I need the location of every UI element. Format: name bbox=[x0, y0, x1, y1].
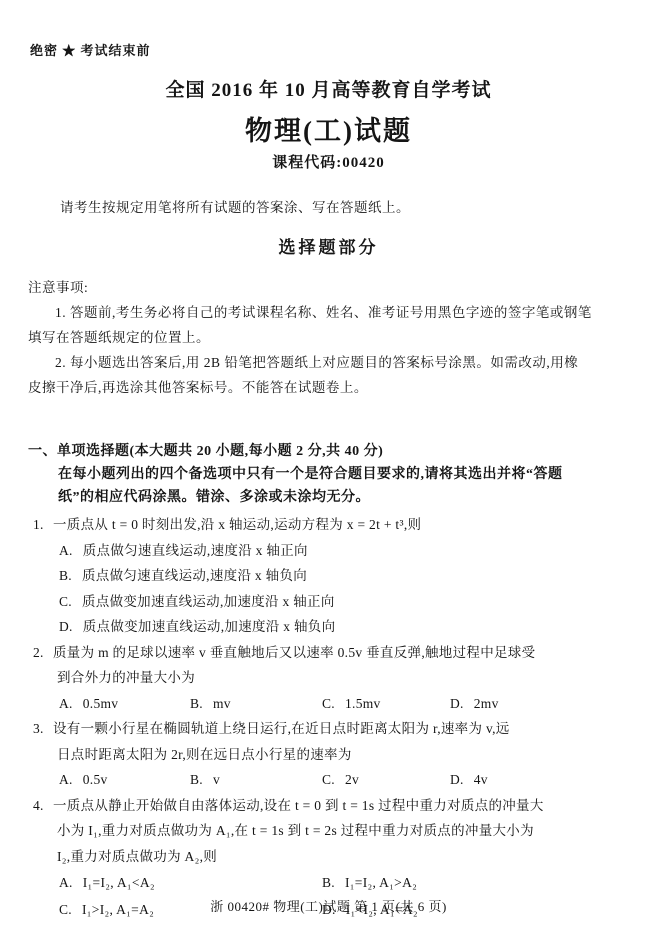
option-a-text: 质点做匀速直线运动,速度沿 x 轴正向 bbox=[83, 543, 308, 558]
question-2-options: A.0.5mv B.mv C.1.5mv D.2mv bbox=[59, 691, 657, 717]
exam-paper-page: 绝密 ★ 考试结束前 全国 2016 年 10 月高等教育自学考试 物理(工)试… bbox=[0, 0, 657, 939]
question-2-option-c: C.1.5mv bbox=[322, 691, 450, 717]
option-a-label: A. bbox=[59, 875, 73, 890]
option-b-text: 质点做匀速直线运动,速度沿 x 轴负向 bbox=[82, 568, 307, 583]
option-d-label: D. bbox=[450, 772, 464, 787]
question-4-stem: 4.一质点从静止开始做自由落体运动,设在 t = 0 到 t = 1s 过程中重… bbox=[33, 793, 627, 819]
question-3-stem-line-1: 设有一颗小行星在椭圆轨道上绕日运行,在近日点时距离太阳为 r,速率为 v,远 bbox=[53, 721, 510, 736]
question-3-option-b: B.v bbox=[190, 767, 322, 793]
page-footer: 浙 00420# 物理(工)试题 第 1 页(共 6 页) bbox=[0, 896, 657, 915]
question-4-stem-line-2: 小为 I₁,重力对质点做功为 A₁,在 t = 1s 到 t = 2s 过程中重… bbox=[33, 818, 627, 844]
option-d-text: 质点做变加速直线运动,加速度沿 x 轴负向 bbox=[83, 619, 336, 634]
secrecy-banner: 绝密 ★ 考试结束前 bbox=[30, 0, 657, 59]
option-a-text: 0.5v bbox=[83, 772, 108, 787]
question-3-option-a: A.0.5v bbox=[59, 767, 190, 793]
question-2-stem-line-1: 质量为 m 的足球以速率 v 垂直触地后又以速率 0.5v 垂直反弹,触地过程中… bbox=[53, 645, 535, 660]
question-4-number: 4. bbox=[33, 793, 53, 819]
option-b-text: mv bbox=[213, 696, 231, 711]
option-a-label: A. bbox=[59, 772, 73, 787]
option-a-label: A. bbox=[59, 696, 73, 711]
question-3: 3.设有一颗小行星在椭圆轨道上绕日运行,在近日点时距离太阳为 r,速率为 v,远… bbox=[0, 716, 657, 793]
option-c-text: 1.5mv bbox=[345, 696, 381, 711]
option-b-text: I₁=I₂, A₁>A₂ bbox=[345, 875, 417, 890]
question-2-option-d: D.2mv bbox=[450, 691, 657, 717]
question-2-stem-line-2: 到合外力的冲量大小为 bbox=[33, 665, 627, 691]
question-3-option-d: D.4v bbox=[450, 767, 657, 793]
part-one-subline-2: 纸”的相应代码涂黑。错涂、多涂或未涂均无分。 bbox=[58, 486, 617, 509]
question-3-options: A.0.5v B.v C.2v D.4v bbox=[59, 767, 657, 793]
question-4-stem-line-3: I₂,重力对质点做功为 A₂,则 bbox=[33, 844, 627, 870]
question-1-option-d: D.质点做变加速直线运动,加速度沿 x 轴负向 bbox=[59, 614, 657, 640]
question-1-option-c: C.质点做变加速直线运动,加速度沿 x 轴正向 bbox=[59, 589, 657, 615]
option-c-label: C. bbox=[59, 594, 72, 609]
question-3-number: 3. bbox=[33, 716, 53, 742]
question-1-option-b: B.质点做匀速直线运动,速度沿 x 轴负向 bbox=[59, 563, 657, 589]
question-2: 2.质量为 m 的足球以速率 v 垂直触地后又以速率 0.5v 垂直反弹,触地过… bbox=[0, 640, 657, 717]
question-1-stem-line-1: 一质点从 t = 0 时刻出发,沿 x 轴运动,运动方程为 x = 2t + t… bbox=[53, 517, 421, 532]
option-a-text: I₁=I₂, A₁<A₂ bbox=[83, 875, 155, 890]
option-c-text: 2v bbox=[345, 772, 359, 787]
question-2-stem: 2.质量为 m 的足球以速率 v 垂直触地后又以速率 0.5v 垂直反弹,触地过… bbox=[33, 640, 627, 666]
option-a-label: A. bbox=[59, 543, 73, 558]
question-4-option-b: B.I₁=I₂, A₁>A₂ bbox=[322, 869, 657, 896]
exam-title: 全国 2016 年 10 月高等教育自学考试 bbox=[0, 75, 657, 102]
question-3-option-c: C.2v bbox=[322, 767, 450, 793]
option-d-label: D. bbox=[59, 619, 73, 634]
option-d-text: 4v bbox=[474, 772, 488, 787]
option-b-label: B. bbox=[190, 772, 203, 787]
question-4-stem-line-1: 一质点从静止开始做自由落体运动,设在 t = 0 到 t = 1s 过程中重力对… bbox=[53, 798, 544, 813]
question-4-options-row-1: A.I₁=I₂, A₁<A₂ B.I₁=I₂, A₁>A₂ bbox=[59, 869, 657, 896]
paper-title: 物理(工)试题 bbox=[0, 109, 657, 148]
option-d-label: D. bbox=[450, 696, 464, 711]
notice-line-3: 2. 每小题选出答案后,用 2B 铅笔把答题纸上对应题目的答案标号涂黑。如需改动… bbox=[55, 350, 629, 375]
option-a-text: 0.5mv bbox=[83, 696, 119, 711]
section-title-choice-part: 选择题部分 bbox=[0, 233, 657, 258]
course-code: 课程代码:00420 bbox=[0, 151, 657, 172]
question-1: 1.一质点从 t = 0 时刻出发,沿 x 轴运动,运动方程为 x = 2t +… bbox=[0, 512, 657, 640]
option-b-label: B. bbox=[190, 696, 203, 711]
question-2-number: 2. bbox=[33, 640, 53, 666]
option-d-text: 2mv bbox=[474, 696, 499, 711]
question-3-stem-line-2: 日点时距离太阳为 2r,则在远日点小行星的速率为 bbox=[33, 742, 627, 768]
option-c-text: 质点做变加速直线运动,加速度沿 x 轴正向 bbox=[82, 594, 335, 609]
option-c-label: C. bbox=[322, 696, 335, 711]
question-2-option-b: B.mv bbox=[190, 691, 322, 717]
notice-line-2: 填写在答题纸规定的位置上。 bbox=[28, 325, 629, 350]
question-2-option-a: A.0.5mv bbox=[59, 691, 190, 717]
question-1-stem: 1.一质点从 t = 0 时刻出发,沿 x 轴运动,运动方程为 x = 2t +… bbox=[33, 512, 627, 538]
question-list: 1.一质点从 t = 0 时刻出发,沿 x 轴运动,运动方程为 x = 2t +… bbox=[0, 512, 657, 923]
question-3-stem: 3.设有一颗小行星在椭圆轨道上绕日运行,在近日点时距离太阳为 r,速率为 v,远 bbox=[33, 716, 627, 742]
part-one-subline-1: 在每小题列出的四个备选项中只有一个是符合题目要求的,请将其选出并将“答题 bbox=[58, 463, 617, 486]
notice-heading: 注意事项: bbox=[28, 275, 657, 300]
option-c-label: C. bbox=[322, 772, 335, 787]
question-4-option-a: A.I₁=I₂, A₁<A₂ bbox=[59, 869, 322, 896]
notice-line-1: 1. 答题前,考生务必将自己的考试课程名称、姓名、准考证号用黑色字迹的签字笔或钢… bbox=[55, 300, 629, 325]
option-b-text: v bbox=[213, 772, 220, 787]
question-1-number: 1. bbox=[33, 512, 53, 538]
answer-sheet-instruction: 请考生按规定用笔将所有试题的答案涂、写在答题纸上。 bbox=[60, 196, 627, 216]
option-b-label: B. bbox=[322, 875, 335, 890]
part-one-heading: 一、单项选择题(本大题共 20 小题,每小题 2 分,共 40 分) bbox=[28, 440, 657, 463]
question-1-option-a: A.质点做匀速直线运动,速度沿 x 轴正向 bbox=[59, 538, 657, 564]
notice-block: 注意事项: 1. 答题前,考生务必将自己的考试课程名称、姓名、准考证号用黑色字迹… bbox=[0, 275, 657, 400]
notice-line-4: 皮擦干净后,再选涂其他答案标号。不能答在试题卷上。 bbox=[28, 375, 629, 400]
option-b-label: B. bbox=[59, 568, 72, 583]
part-one-header: 一、单项选择题(本大题共 20 小题,每小题 2 分,共 40 分) 在每小题列… bbox=[0, 440, 657, 509]
